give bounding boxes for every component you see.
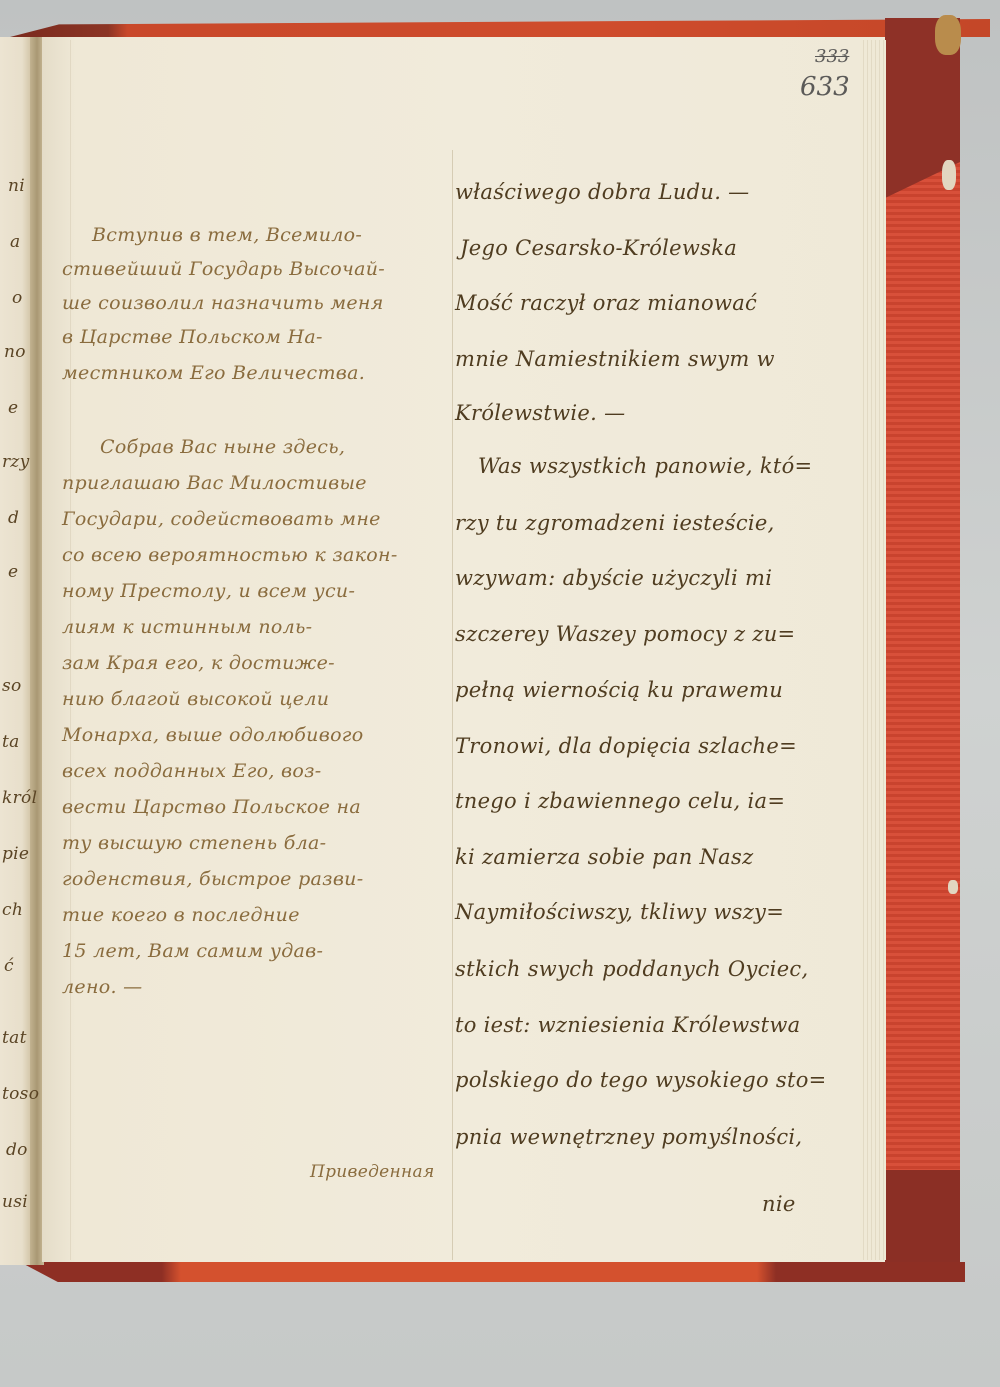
ru-line: со всею вероятностью к закон- — [62, 544, 398, 566]
ru-line: Собрав Вас ныне здесь, — [100, 436, 345, 458]
pl-catchword: nie — [762, 1192, 796, 1216]
pl-line: właściwego dobra Ludu. — — [455, 180, 749, 204]
pl-line: rzy tu zgromadzeni iesteście, — [455, 511, 775, 535]
pl-line: szczerey Waszey pomocy z zu= — [455, 622, 795, 646]
fragment: król — [2, 788, 37, 808]
ru-line: тие коего в последние — [62, 904, 300, 926]
ru-line: всех подданных Его, воз- — [62, 760, 322, 782]
pl-line: wzywam: abyście użyczyli mi — [455, 566, 772, 590]
pl-line: Tronowi, dla dopięcia szlache= — [455, 734, 797, 758]
fragment: no — [4, 342, 26, 362]
pl-line: Królewstwie. — — [455, 401, 625, 425]
pl-line: pełną wiernością ku prawemu — [455, 678, 783, 702]
pl-line: tnego i zbawiennego celu, ia= — [455, 789, 785, 813]
pl-line: pnia wewnętrzney pomyślności, — [455, 1125, 802, 1149]
binding-bottom-edge — [20, 1262, 965, 1282]
folio-old-number: 333 — [815, 46, 849, 67]
fragment: d — [8, 508, 19, 528]
fragment: o — [12, 288, 23, 308]
fragment: tat — [2, 1028, 27, 1048]
ru-line: вести Царство Польское на — [62, 796, 361, 818]
fragment: a — [10, 232, 20, 252]
pl-line: mnie Namiestnikiem swym w — [455, 347, 775, 371]
page-stack-edge — [860, 40, 886, 1260]
ru-line: местником Его Величества. — [62, 362, 365, 384]
binding-wear-mid — [942, 160, 956, 190]
ru-line: зам Края его, к достиже- — [62, 652, 335, 674]
pl-line: Jego Cesarsko-Królewska — [460, 236, 737, 260]
ru-line: годенствия, быстрое разви- — [62, 868, 363, 890]
fragment: toso — [2, 1084, 39, 1104]
pl-line: Naymiłościwszy, tkliwy wszy= — [455, 900, 784, 924]
pl-line: to iest: wzniesienia Królewstwa — [455, 1013, 800, 1037]
ru-line: ному Престолу, и всем уси- — [62, 580, 355, 602]
ru-line: ту высшую степень бла- — [62, 832, 326, 854]
pl-line: stkich swych poddanych Oyciec, — [455, 957, 808, 981]
ru-line: лено. — — [62, 976, 142, 998]
fragment: ć — [4, 956, 14, 976]
pl-line: Was wszystkich panowie, któ= — [478, 454, 812, 478]
fragment: ni — [8, 176, 25, 196]
column-divider — [452, 150, 453, 1260]
ru-line: нию благой высокой цели — [62, 688, 329, 710]
ru-line: Монарха, выше одолюбивого — [62, 724, 363, 746]
fragment: e — [8, 562, 18, 582]
binding-wear-low — [948, 880, 958, 894]
margin-rule — [70, 40, 71, 1260]
fragment: ta — [2, 732, 20, 752]
ru-line: 15 лет, Вам самим удав- — [62, 940, 323, 962]
fragment: so — [2, 676, 22, 696]
ru-catchword: Приведенная — [310, 1162, 435, 1182]
fragment: rzy — [2, 452, 30, 472]
ru-line: лиям к истинным поль- — [62, 616, 312, 638]
fragment: ch — [2, 900, 23, 920]
ru-line: ше соизволил назначить меня — [62, 292, 384, 314]
folio-number: 633 — [800, 72, 850, 102]
ru-line: приглашаю Вас Милостивые — [62, 472, 367, 494]
fragment: e — [8, 398, 18, 418]
fragment: usi — [2, 1192, 28, 1212]
binding-wear-top — [935, 15, 961, 55]
pl-line: polskiego do tego wysokiego sto= — [455, 1068, 827, 1092]
binding-right-edge — [885, 18, 960, 1268]
pl-line: ki zamierza sobie pan Nasz — [455, 845, 753, 869]
fragment: do — [6, 1140, 28, 1160]
ru-line: Государи, содействовать мне — [62, 508, 381, 530]
ru-line: стивейший Государь Высочай- — [62, 258, 385, 280]
ru-line: в Царстве Польском На- — [62, 326, 323, 348]
fragment: pie — [2, 844, 29, 864]
ru-line: Вступив в тем, Всемило- — [92, 224, 362, 246]
pl-line: Mość raczył oraz mianować — [455, 291, 757, 315]
